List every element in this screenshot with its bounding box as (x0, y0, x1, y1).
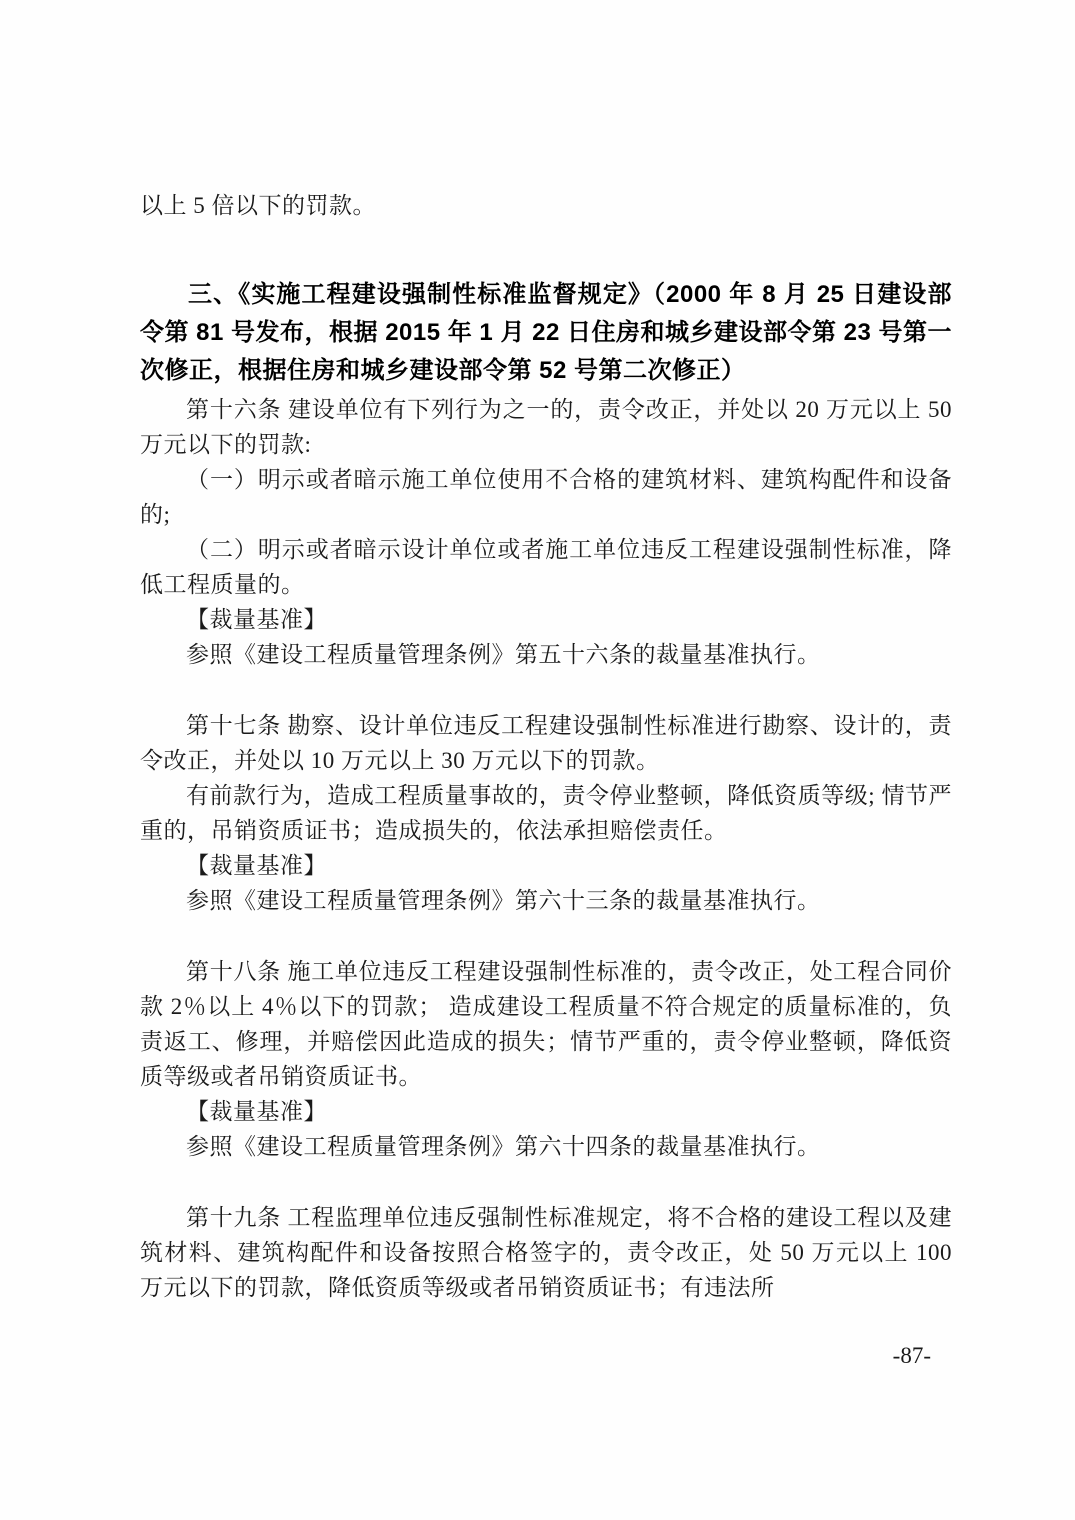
document-page: 以上 5 倍以下的罚款。 三、《实施工程建设强制性标准监督规定》（2000 年 … (0, 0, 1075, 1520)
article-19-paragraph: 第十九条 工程监理单位违反强制性标准规定，将不合格的建设工程以及建筑材料、建筑构… (140, 1200, 952, 1305)
article-18-paragraph: 第十八条 施工单位违反工程建设强制性标准的，责令改正，处工程合同价款 2％以上 … (140, 954, 952, 1094)
article-16-basis-label: 【裁量基准】 (140, 602, 952, 637)
article-17-paragraph-2: 有前款行为，造成工程质量事故的，责令停业整顿，降低资质等级; 情节严重的，吊销资… (140, 778, 952, 848)
section-heading: 三、《实施工程建设强制性标准监督规定》（2000 年 8 月 25 日建设部令第… (140, 276, 952, 390)
article-17-basis-label: 【裁量基准】 (140, 848, 952, 883)
article-18-basis-label: 【裁量基准】 (140, 1094, 952, 1129)
page-number: -87- (893, 1341, 931, 1371)
article-17-basis-text: 参照《建设工程质量管理条例》第六十三条的裁量基准执行。 (140, 883, 952, 918)
paragraph-continuation: 以上 5 倍以下的罚款。 (140, 188, 952, 223)
article-16-basis-text: 参照《建设工程质量管理条例》第五十六条的裁量基准执行。 (140, 637, 952, 672)
article-18-basis-text: 参照《建设工程质量管理条例》第六十四条的裁量基准执行。 (140, 1129, 952, 1164)
article-16-item-2: （二）明示或者暗示设计单位或者施工单位违反工程建设强制性标准，降低工程质量的。 (140, 532, 952, 602)
article-16-item-1: （一）明示或者暗示施工单位使用不合格的建筑材料、建筑构配件和设备的; (140, 462, 952, 532)
article-17-paragraph: 第十七条 勘察、设计单位违反工程建设强制性标准进行勘察、设计的，责令改正，并处以… (140, 708, 952, 778)
document-content: 以上 5 倍以下的罚款。 三、《实施工程建设强制性标准监督规定》（2000 年 … (140, 188, 952, 1305)
article-16-paragraph: 第十六条 建设单位有下列行为之一的，责令改正，并处以 20 万元以上 50 万元… (140, 392, 952, 462)
